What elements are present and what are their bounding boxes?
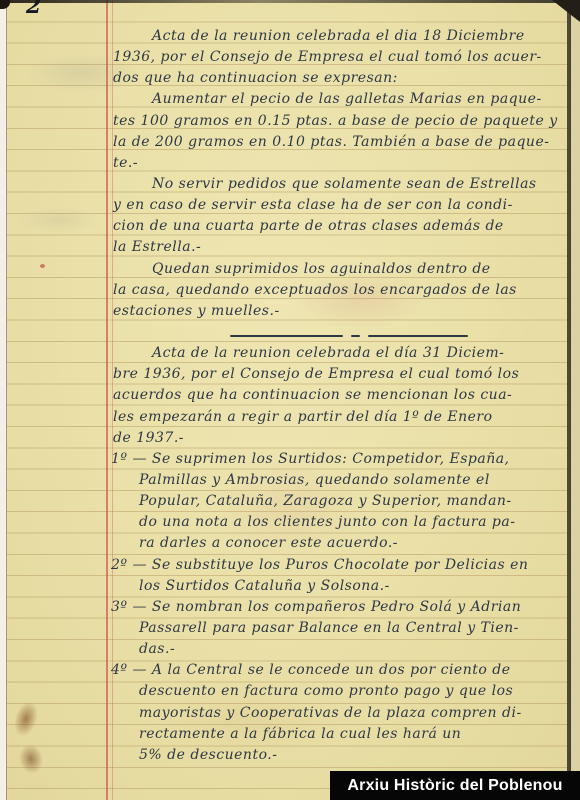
handwritten-line: rectamente a la fábrica la cual les hará…: [0, 724, 580, 745]
right-page-edge: [570, 0, 580, 800]
handwritten-line: cion de una cuarta parte de otras clases…: [0, 216, 580, 237]
handwritten-line: 1º — Se suprimen los Surtidos: Competido…: [0, 449, 580, 470]
handwritten-line: descuento en factura como pronto pago y …: [0, 681, 580, 702]
handwritten-line: Acta de la reunion celebrada el dia 18 D…: [0, 26, 580, 47]
manuscript-page: 2 Acta de la reunion celebrada el dia 18…: [0, 0, 580, 800]
handwritten-line: do una nota a los clientes junto con la …: [0, 512, 580, 533]
handwritten-line: Popular, Cataluña, Zaragoza y Superior, …: [0, 491, 580, 512]
handwritten-line: mayoristas y Cooperativas de la plaza co…: [0, 703, 580, 724]
handwritten-line: te.-: [0, 153, 580, 174]
handwritten-line: la Estrella.-: [0, 237, 580, 258]
handwritten-line: les empezarán a regir a partir del día 1…: [0, 407, 580, 428]
handwritten-line: No servir pedidos que solamente sean de …: [0, 174, 580, 195]
handwritten-line: dos que ha continuacion se expresan:: [0, 68, 580, 89]
handwritten-line: Passarell para pasar Balance en la Centr…: [0, 618, 580, 639]
handwritten-line: 4º — A la Central se le concede un dos p…: [0, 660, 580, 681]
right-edge-shadow: [567, 0, 571, 800]
handwritten-line: acuerdos que ha continuacion se menciona…: [0, 385, 580, 406]
handwritten-line: de 1937.-: [0, 428, 580, 449]
watermark-label: Arxiu Històric del Poblenou: [347, 777, 562, 795]
handwritten-line: 5% de descuento.-: [0, 745, 580, 766]
handwritten-line: la casa, quedando exceptuados los encarg…: [0, 280, 580, 301]
watermark-bar: Arxiu Històric del Poblenou: [330, 771, 580, 800]
top-edge-shadow: [0, 0, 580, 3]
left-page-edge: [0, 0, 7, 800]
separator-stroke: [230, 335, 343, 337]
handwritten-line: 1936, por el Consejo de Empresa el cual …: [0, 47, 580, 68]
handwritten-line: 3º — Se nombran los compañeros Pedro Sol…: [0, 597, 580, 618]
separator-stroke: [351, 335, 360, 337]
handwritten-line: tes 100 gramos en 0.15 ptas. a base de p…: [0, 111, 580, 132]
handwritten-line: das.-: [0, 639, 580, 660]
top-right-corner-shadow: [552, 0, 580, 22]
handwritten-line: estaciones y muelles.-: [0, 301, 580, 322]
top-left-corner-mark: [0, 0, 10, 9]
handwritten-line: y en caso de servir esta clase ha de ser…: [0, 195, 580, 216]
document-lines: Acta de la reunion celebrada el dia 18 D…: [0, 26, 580, 766]
handwritten-line: la de 200 gramos en 0.10 ptas. También a…: [0, 132, 580, 153]
section-separator: [0, 322, 580, 343]
handwritten-line: Quedan suprimidos los aguinaldos dentro …: [0, 259, 580, 280]
handwritten-line: Palmillas y Ambrosias, quedando solament…: [0, 470, 580, 491]
handwritten-line: ra darles a conocer este acuerdo.-: [0, 533, 580, 554]
handwritten-line: bre 1936, por el Consejo de Empresa el c…: [0, 364, 580, 385]
handwritten-line: Aumentar el pecio de las galletas Marias…: [0, 89, 580, 110]
handwritten-line: 2º — Se substituye los Puros Chocolate p…: [0, 555, 580, 576]
separator-stroke: [368, 335, 468, 337]
handwritten-line: los Surtidos Cataluña y Solsona.-: [0, 576, 580, 597]
handwritten-line: Acta de la reunion celebrada el día 31 D…: [0, 343, 580, 364]
